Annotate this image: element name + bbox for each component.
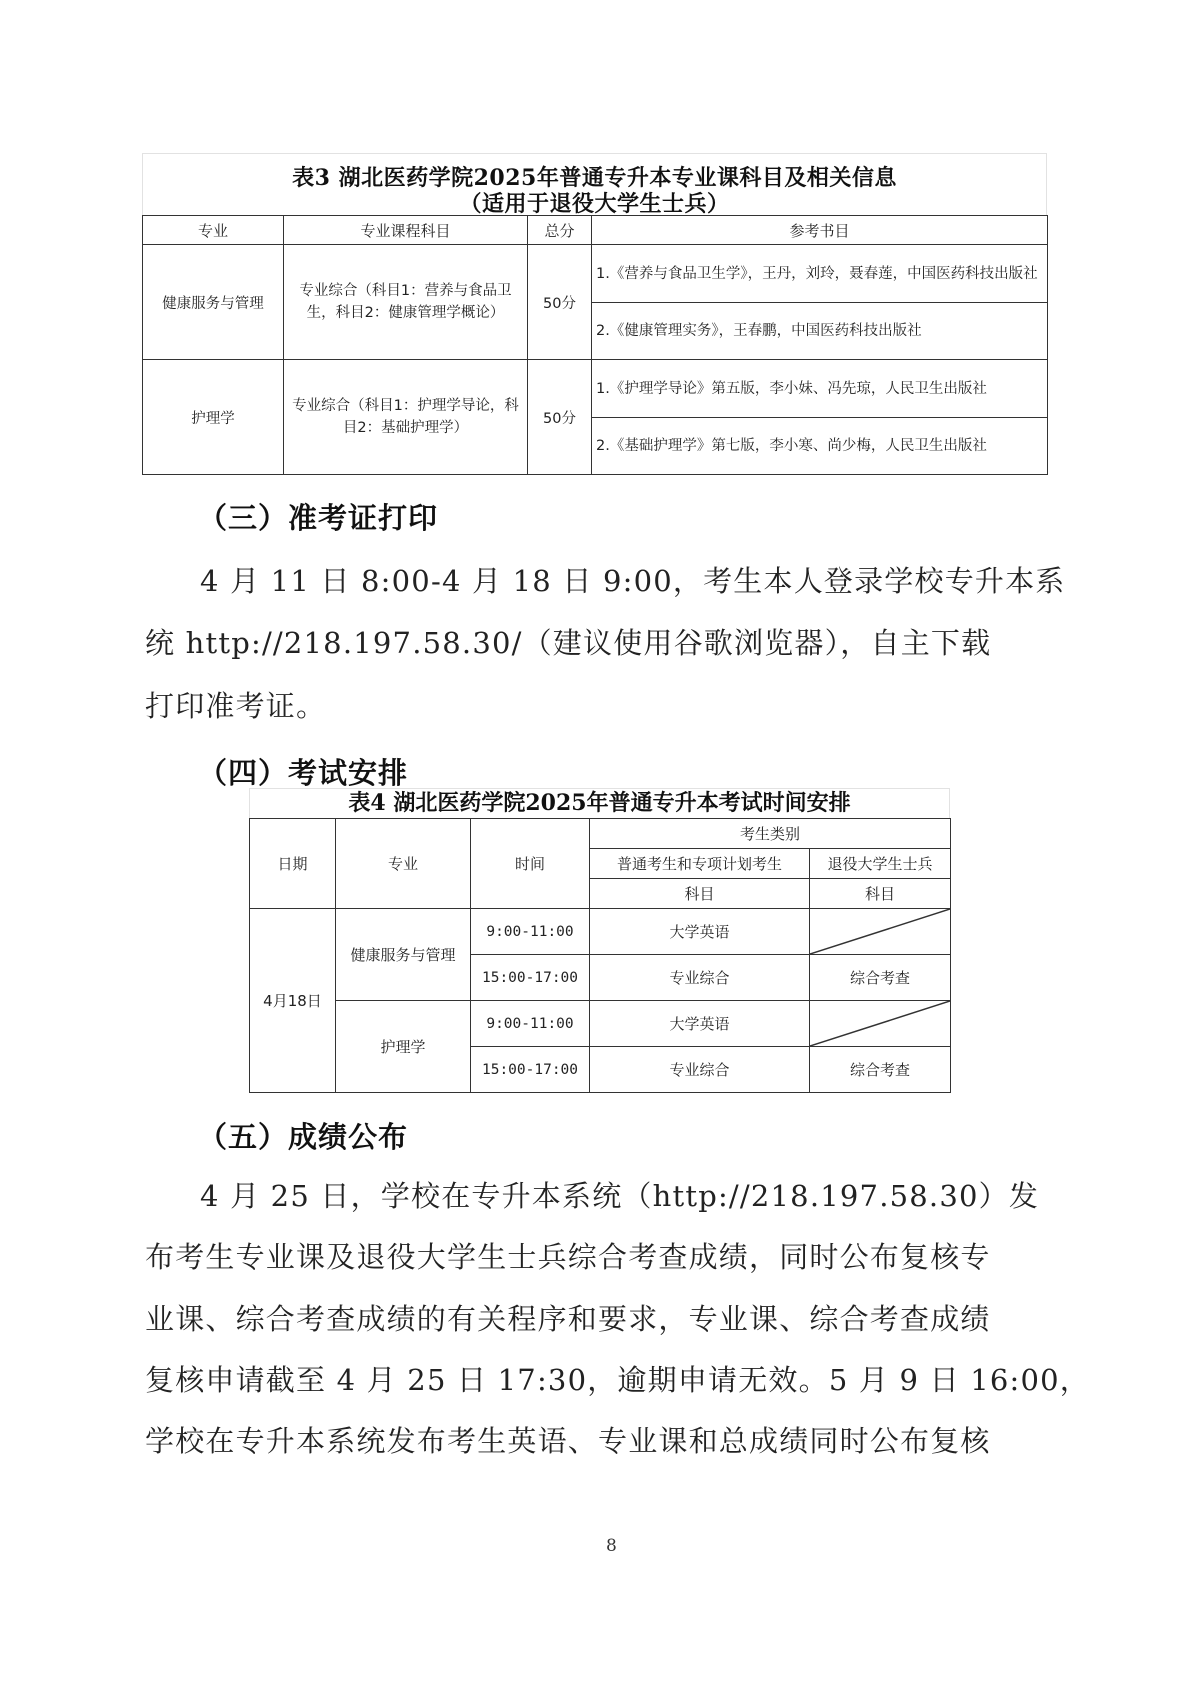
table3-subjects-info: 表3 湖北医药学院2025年普通专升本专业课科目及相关信息 （适用于退役大学生士… — [142, 153, 1047, 474]
section5-line: 业课、综合考查成绩的有关程序和要求，专业课、综合考查成绩 — [145, 1297, 1045, 1338]
cell-general-subject: 大学英语 — [590, 1001, 810, 1047]
col-header-books: 参考书目 — [592, 216, 1048, 245]
col-header-time: 时间 — [471, 819, 590, 909]
section5-line: 布考生专业课及退役大学生士兵综合考查成绩，同时公布复核专 — [145, 1235, 1045, 1276]
cell-veteran-empty — [810, 909, 951, 955]
table-row: 健康服务与管理 专业综合（科目1：营养与食品卫生，科目2：健康管理学概论） 50… — [143, 245, 1048, 303]
section3-line: 4 月 11 日 8:00-4 月 18 日 9:00，考生本人登录学校专升本系 — [200, 559, 1100, 600]
cell-score: 50分 — [528, 245, 592, 360]
diagonal-slash-icon — [810, 909, 950, 954]
table3-subtitle: （适用于退役大学生士兵） — [142, 187, 1047, 218]
section3-line: 打印准考证。 — [145, 684, 1045, 725]
col-header-major: 专业 — [336, 819, 471, 909]
cell-major: 健康服务与管理 — [336, 909, 471, 1001]
table3-header-row: 专业 专业课程科目 总分 参考书目 — [143, 216, 1048, 245]
cell-veteran-empty — [810, 1001, 951, 1047]
section5-line: 学校在专升本系统发布考生英语、专业课和总成绩同时公布复核 — [145, 1419, 1045, 1460]
cell-time: 15:00-17:00 — [471, 1047, 590, 1093]
cell-score: 50分 — [528, 360, 592, 475]
section3-heading: （三）准考证打印 — [198, 496, 438, 537]
section3-line: 统 http://218.197.58.30/（建议使用谷歌浏览器），自主下载 — [145, 621, 1045, 662]
diagonal-slash-icon — [810, 1001, 950, 1046]
table4-header-row: 日期 专业 时间 考生类别 — [250, 819, 951, 849]
section5-line: 4 月 25 日，学校在专升本系统（http://218.197.58.30）发 — [200, 1174, 1100, 1215]
cell-time: 9:00-11:00 — [471, 909, 590, 955]
col-header-subjects: 专业课程科目 — [284, 216, 528, 245]
cell-major: 健康服务与管理 — [143, 245, 284, 360]
col-header-major: 专业 — [143, 216, 284, 245]
cell-general-subject: 专业综合 — [590, 955, 810, 1001]
col-header-date: 日期 — [250, 819, 336, 909]
section4-heading: （四）考试安排 — [198, 751, 408, 792]
cell-book: 2.《健康管理实务》，王春鹏，中国医药科技出版社 — [592, 303, 1048, 360]
col-header-general: 普通考生和专项计划考生 — [590, 849, 810, 879]
cell-book: 2.《基础护理学》第七版，李小寒、尚少梅，人民卫生出版社 — [592, 418, 1048, 475]
table-row: 护理学 专业综合（科目1：护理学导论，科目2：基础护理学） 50分 1.《护理学… — [143, 360, 1048, 418]
col-header-subject-veteran: 科目 — [810, 879, 951, 909]
cell-date: 4月18日 — [250, 909, 336, 1093]
table4-exam-schedule: 表4 湖北医药学院2025年普通专升本考试时间安排 日期 专业 时间 考生类别 … — [249, 788, 950, 1094]
cell-veteran-subject: 综合考查 — [810, 1047, 951, 1093]
col-header-veteran: 退役大学生士兵 — [810, 849, 951, 879]
col-header-category: 考生类别 — [590, 819, 951, 849]
table-row: 护理学 9:00-11:00 大学英语 — [250, 1001, 951, 1047]
page-number: 8 — [606, 1536, 617, 1556]
col-header-subject-general: 科目 — [590, 879, 810, 909]
cell-veteran-subject: 综合考查 — [810, 955, 951, 1001]
cell-time: 15:00-17:00 — [471, 955, 590, 1001]
cell-general-subject: 大学英语 — [590, 909, 810, 955]
cell-subjects: 专业综合（科目1：护理学导论，科目2：基础护理学） — [284, 360, 528, 475]
section5-heading: （五）成绩公布 — [198, 1115, 408, 1156]
table4-grid: 日期 专业 时间 考生类别 普通考生和专项计划考生 退役大学生士兵 科目 科目 … — [249, 818, 951, 1093]
cell-book: 1.《护理学导论》第五版，李小妹、冯先琼，人民卫生出版社 — [592, 360, 1048, 418]
table4-title: 表4 湖北医药学院2025年普通专升本考试时间安排 — [249, 788, 950, 818]
table-row: 4月18日 健康服务与管理 9:00-11:00 大学英语 — [250, 909, 951, 955]
section5-line: 复核申请截至 4 月 25 日 17:30，逾期申请无效。5 月 9 日 16:… — [145, 1358, 1045, 1399]
cell-time: 9:00-11:00 — [471, 1001, 590, 1047]
cell-subjects: 专业综合（科目1：营养与食品卫生，科目2：健康管理学概论） — [284, 245, 528, 360]
cell-general-subject: 专业综合 — [590, 1047, 810, 1093]
table3-grid: 专业 专业课程科目 总分 参考书目 健康服务与管理 专业综合（科目1：营养与食品… — [142, 215, 1048, 475]
cell-major: 护理学 — [336, 1001, 471, 1093]
cell-book: 1.《营养与食品卫生学》，王丹，刘玲，聂春莲，中国医药科技出版社 — [592, 245, 1048, 303]
cell-major: 护理学 — [143, 360, 284, 475]
col-header-score: 总分 — [528, 216, 592, 245]
